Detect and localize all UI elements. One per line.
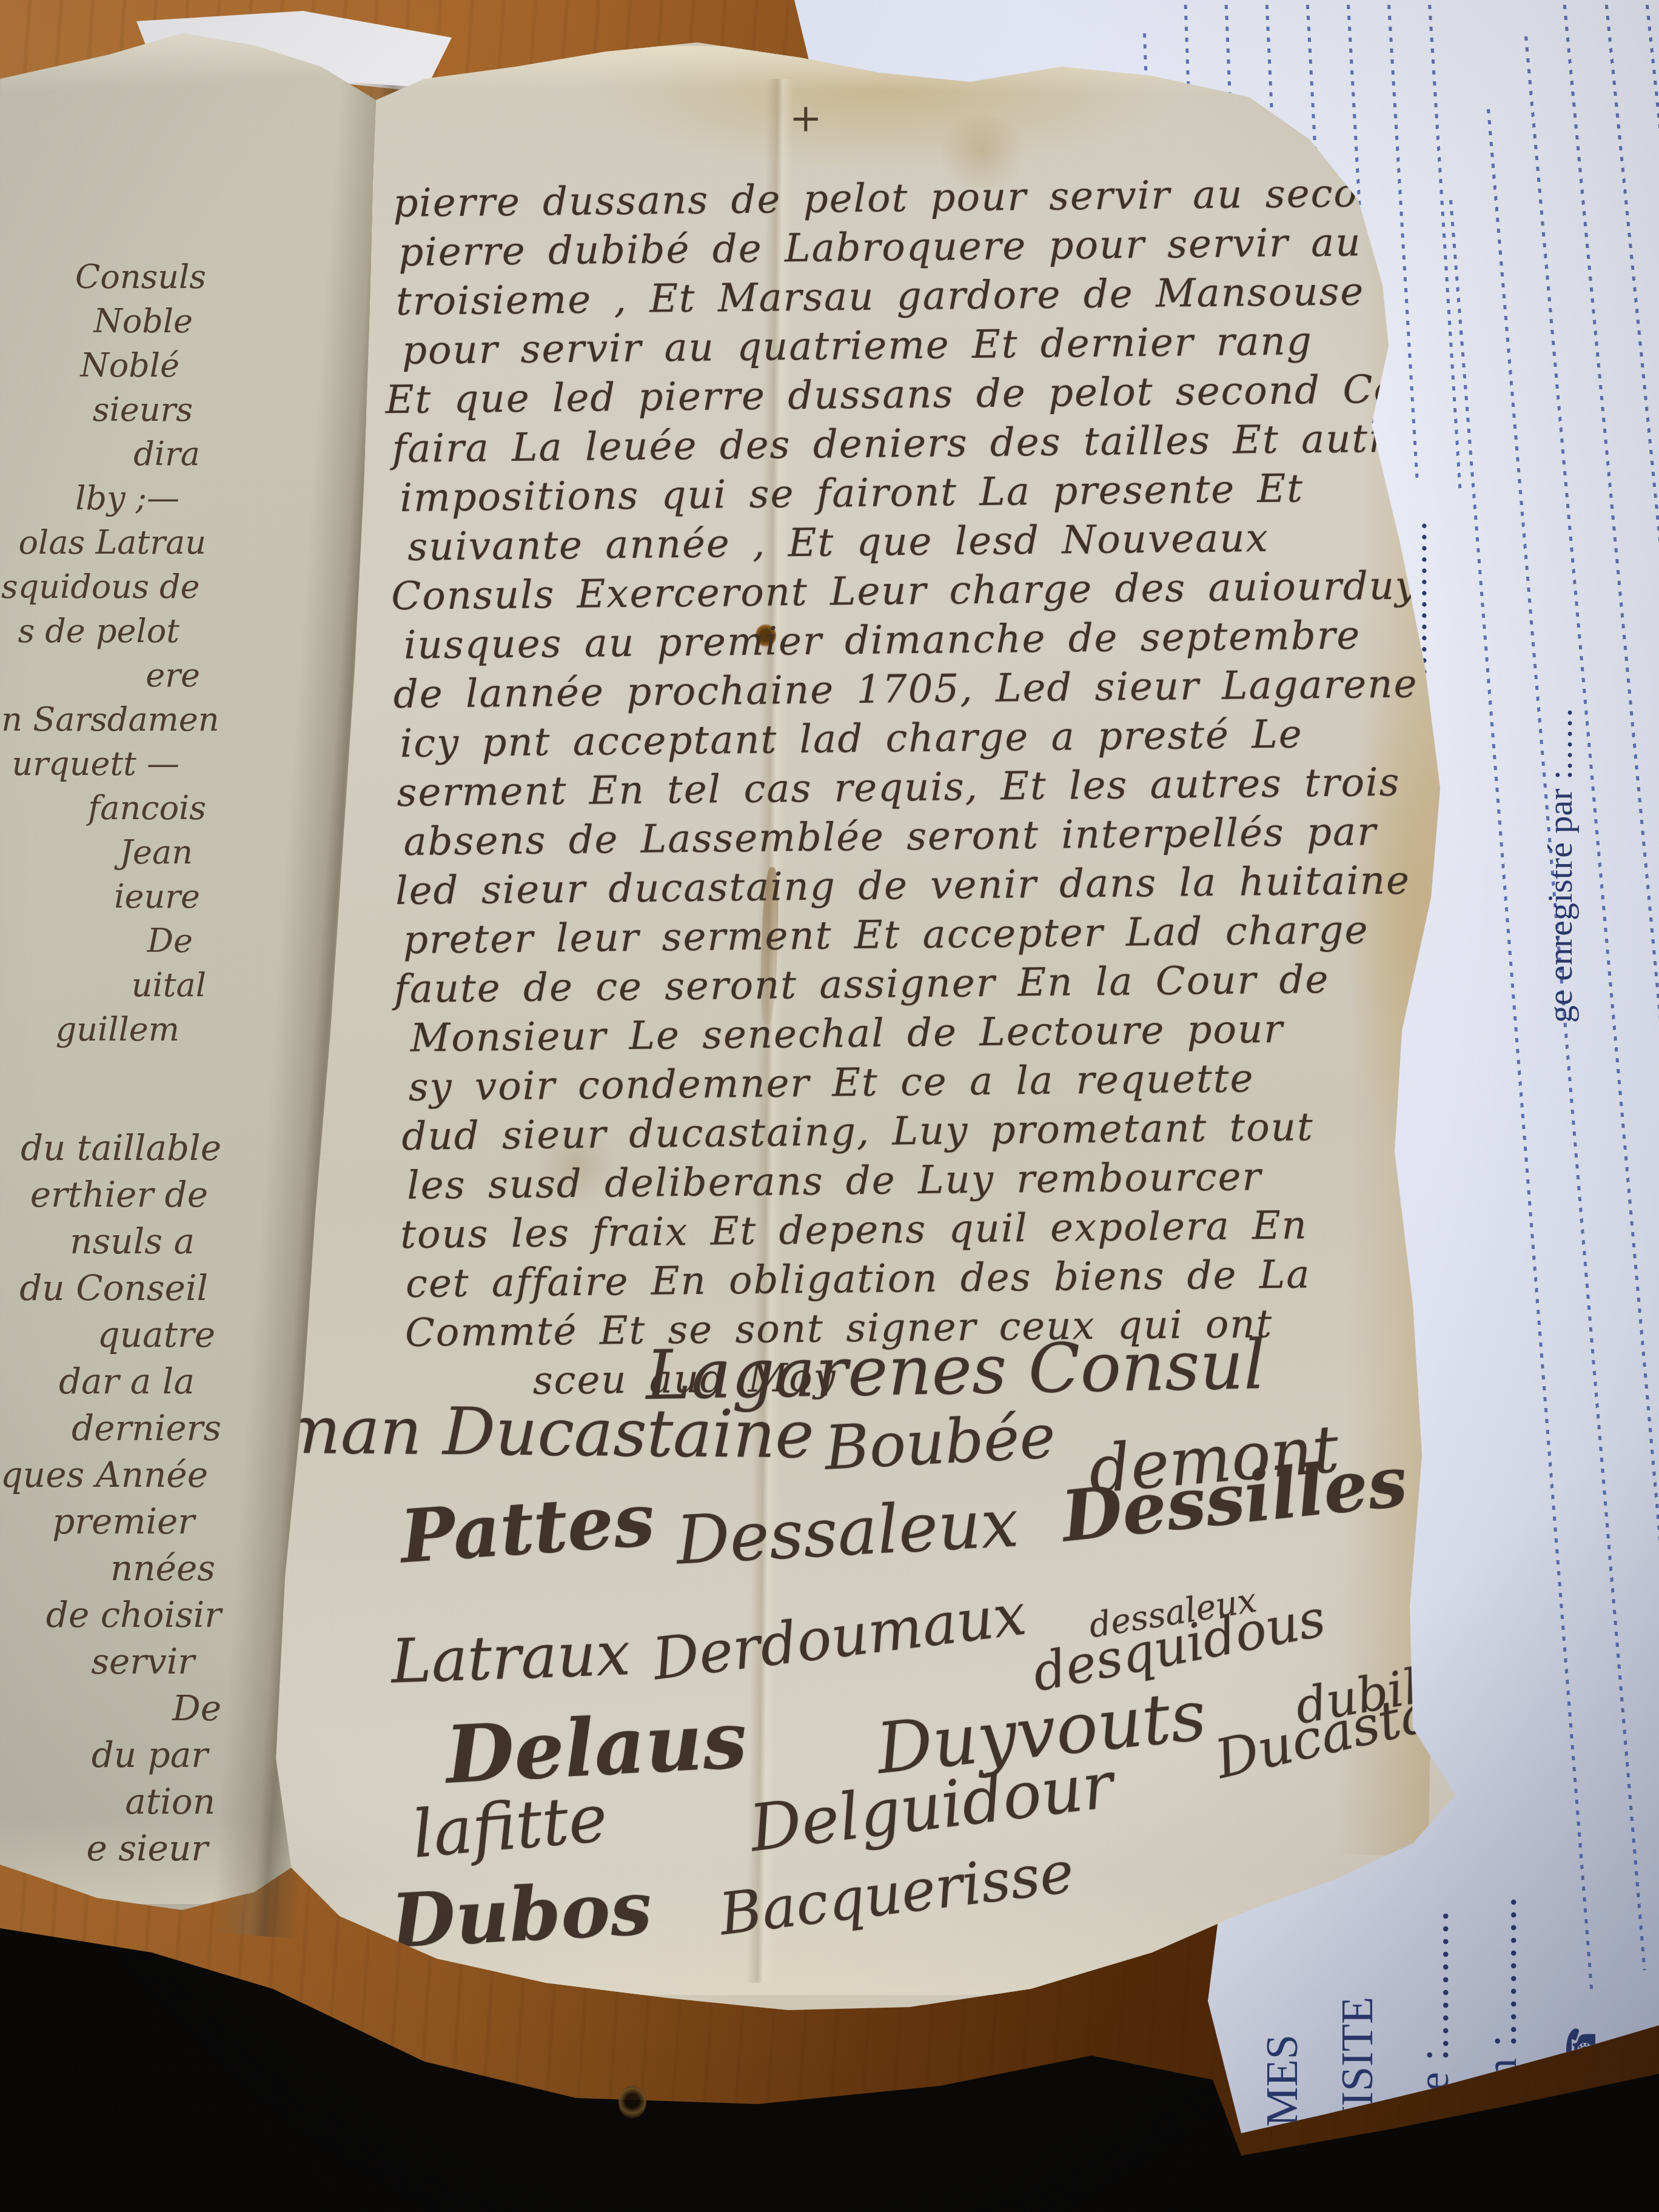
left-page-fragment: du Conseil [0,1265,221,1312]
left-page-fragment: fancois [0,786,206,830]
left-page-fragment: esquidous de [0,565,206,609]
left-page-fragment: dira [0,432,206,476]
signature: Latraux [390,1618,631,1697]
left-page-fragment: urquett — [0,742,206,786]
left-page-fragment: ere [0,653,206,697]
registered-by-label: ge enregistré par : [1540,770,1580,1023]
signature: Derdoumaux [649,1581,1030,1694]
signature: Dessaleux [674,1484,1021,1579]
left-page-text-upper: Consuls Noble Noblé sieurs dira lby ;— o… [0,255,206,1051]
left-page-fragment: ques Année [0,1452,221,1498]
form-field-registered-by: ge enregistré par :...... [1580,982,1659,1023]
left-page-fragment: lby ;— [0,476,206,520]
left-page-fragment: uital [0,963,206,1007]
nom-dotted-leader: ........... [1477,1895,1526,2035]
left-page-fragment: Noble [0,299,206,343]
left-page-fragment: sieurs [0,387,206,432]
left-page-fragment: du par [0,1732,221,1778]
form-dotted-line [1427,0,1461,491]
left-page-fragment: du taillable [0,1125,221,1171]
left-page-fragment: Noblé [0,343,206,387]
photo-canvas: Objet :........................ ge enreg… [0,0,1659,2212]
signature: lafitte [409,1780,610,1873]
registered-by-dotted-leader: ...... [1540,706,1580,770]
left-page-fragment: nsuls a [0,1218,221,1265]
left-page-fragment: s de pelot [0,609,206,653]
left-page-fragment: nnées [0,1545,221,1592]
left-page-fragment: de choisir [0,1592,221,1638]
form-dotted-line [1387,0,1418,478]
left-page-fragment: derniers [0,1405,221,1452]
signature: Pattes [398,1477,657,1580]
date-dotted-leader: ........... [1409,1909,1458,2049]
mes-label: MES [1258,2034,1307,2127]
page-cross-mark: + [789,96,822,141]
left-page-fragment: Consuls [0,255,206,299]
left-page-fragment: ieure [0,874,206,919]
manuscript-body-text: pierre dussans de pelot pour servir au s… [393,169,1436,1407]
left-page-fragment: premier [0,1498,221,1545]
left-page-fragment: olas Latrau [0,520,206,565]
left-page-fragment: De [0,919,206,963]
left-page-fragment: guillem [0,1007,206,1051]
left-page-fragment: Jean [0,830,206,874]
left-page-fragment: De [0,1685,221,1732]
left-page-fragment: ation [0,1778,221,1825]
signature: Dubos [389,1864,654,1965]
left-page-fragment: dar a la [0,1358,221,1405]
left-page-fragment: servir [0,1638,221,1685]
left-page-text-lower: du taillable erthier de nsuls a du Conse… [0,1125,221,1872]
left-page-fragment: an Sarsdamen [0,697,206,742]
drawer-keyhole [618,2086,646,2119]
signature: Boubée [823,1401,1057,1484]
left-page-fragment: e sieur [0,1825,221,1872]
left-page-fragment: erthier de [0,1171,221,1218]
left-page-fragment: quatre [0,1312,221,1358]
